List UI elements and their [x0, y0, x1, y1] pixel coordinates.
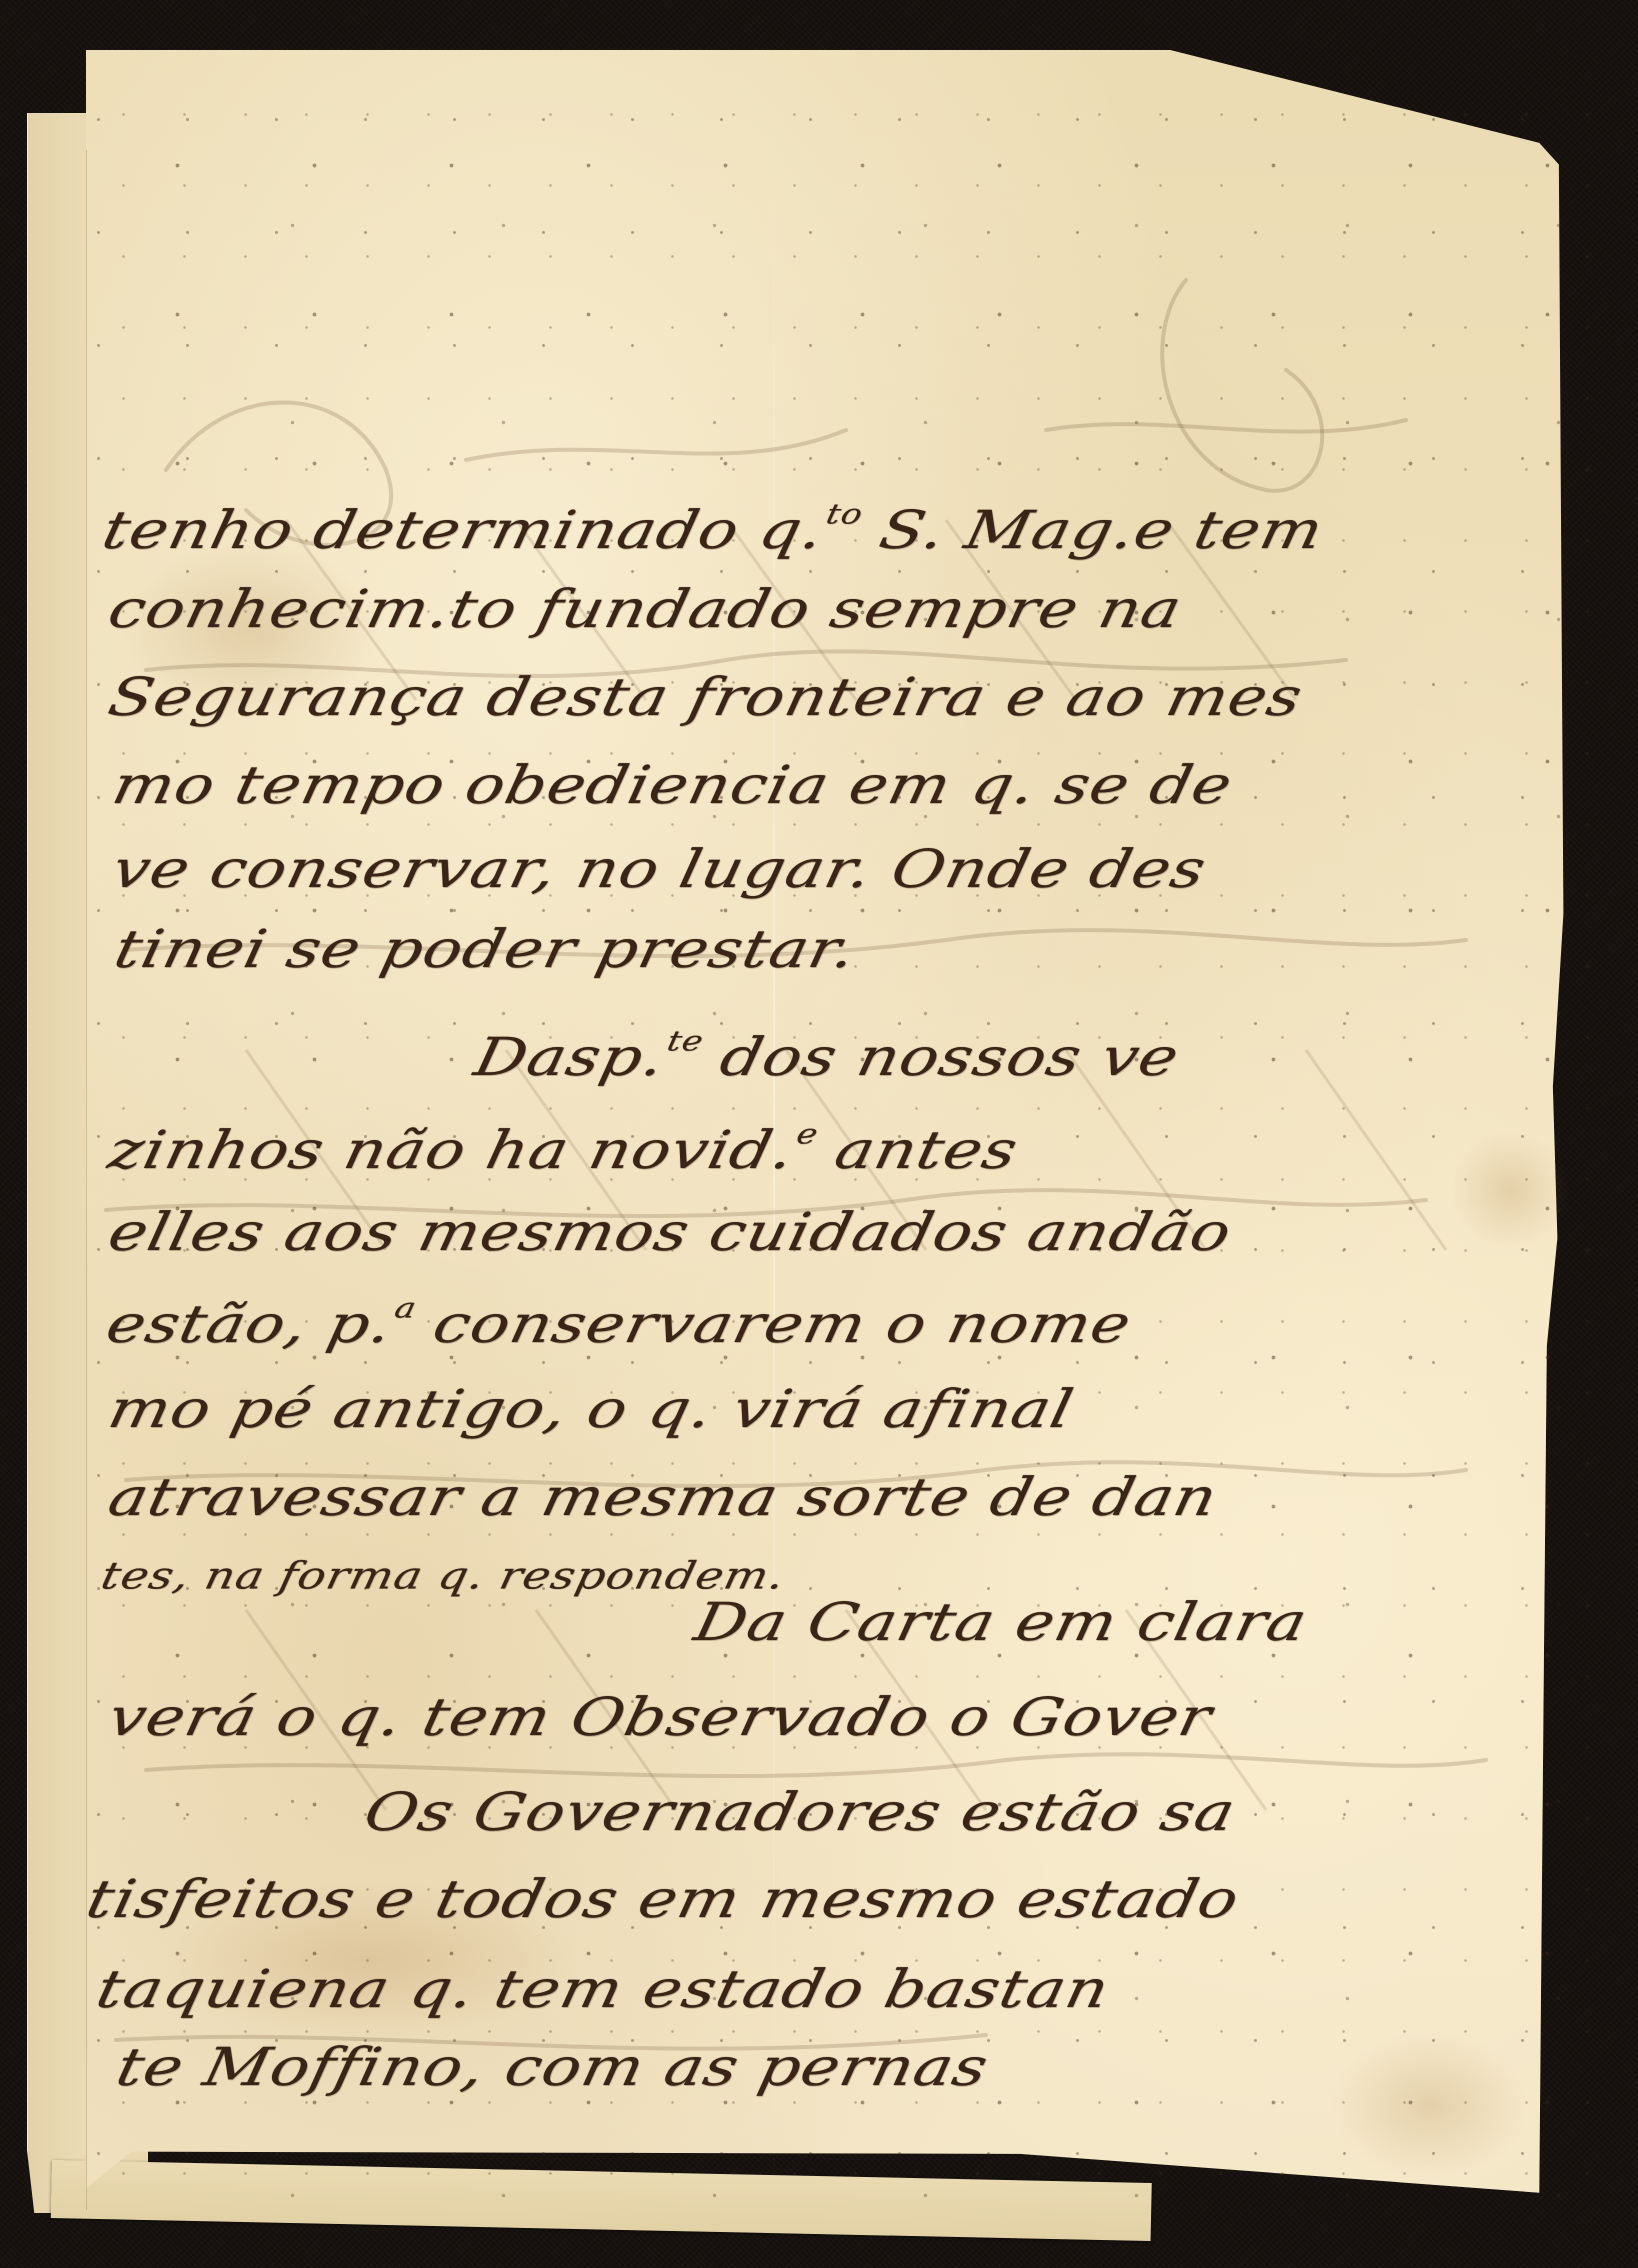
manuscript-line-17: taquiena q. tem estado bastan [92, 1964, 1114, 2016]
manuscript-line-15: Os Governadores estão sa [360, 1787, 1240, 1839]
manuscript-line-10: estão, p.a conservarem o nome [102, 1294, 1137, 1351]
manuscript-line-13b: Da Carta em clara [690, 1597, 1312, 1649]
manuscript-line-1: tenho determinado q.to S. Mag.e tem [98, 500, 1329, 557]
manuscript-line-6: tinei se poder prestar. [110, 924, 861, 976]
manuscript-line-5: ve conservar, no lugar. Onde des [108, 844, 1211, 896]
manuscript-line-13a: tes, na forma q. respondem. [98, 1556, 789, 1594]
manuscript-line-11: mo pé antigo, o q. virá afinal [104, 1384, 1078, 1436]
manuscript-line-8: zinhos não ha novid.e antes [104, 1120, 1023, 1177]
manuscript-line-14: verá o q. tem Observado o Gover [104, 1692, 1216, 1744]
manuscript-line-2: conhecim.to fundado sempre na [104, 584, 1186, 636]
manuscript-line-12: atravessar a mesma sorte de dan [104, 1472, 1222, 1524]
manuscript-line-18: te Moffino, com as pernas [112, 2042, 993, 2094]
handwritten-text: tenho determinado q.to S. Mag.e tem conh… [0, 0, 1638, 2268]
manuscript-line-3: Segurança desta fronteira e ao mes [104, 672, 1307, 724]
manuscript-line-7: Dasp.te dos nossos ve [470, 1027, 1185, 1084]
manuscript-line-4: mo tempo obediencia em q. se de [108, 760, 1237, 812]
manuscript-line-9: elles aos mesmos cuidados andão [104, 1207, 1236, 1259]
manuscript-line-16: tisfeitos e todos em mesmo estado [82, 1874, 1244, 1926]
